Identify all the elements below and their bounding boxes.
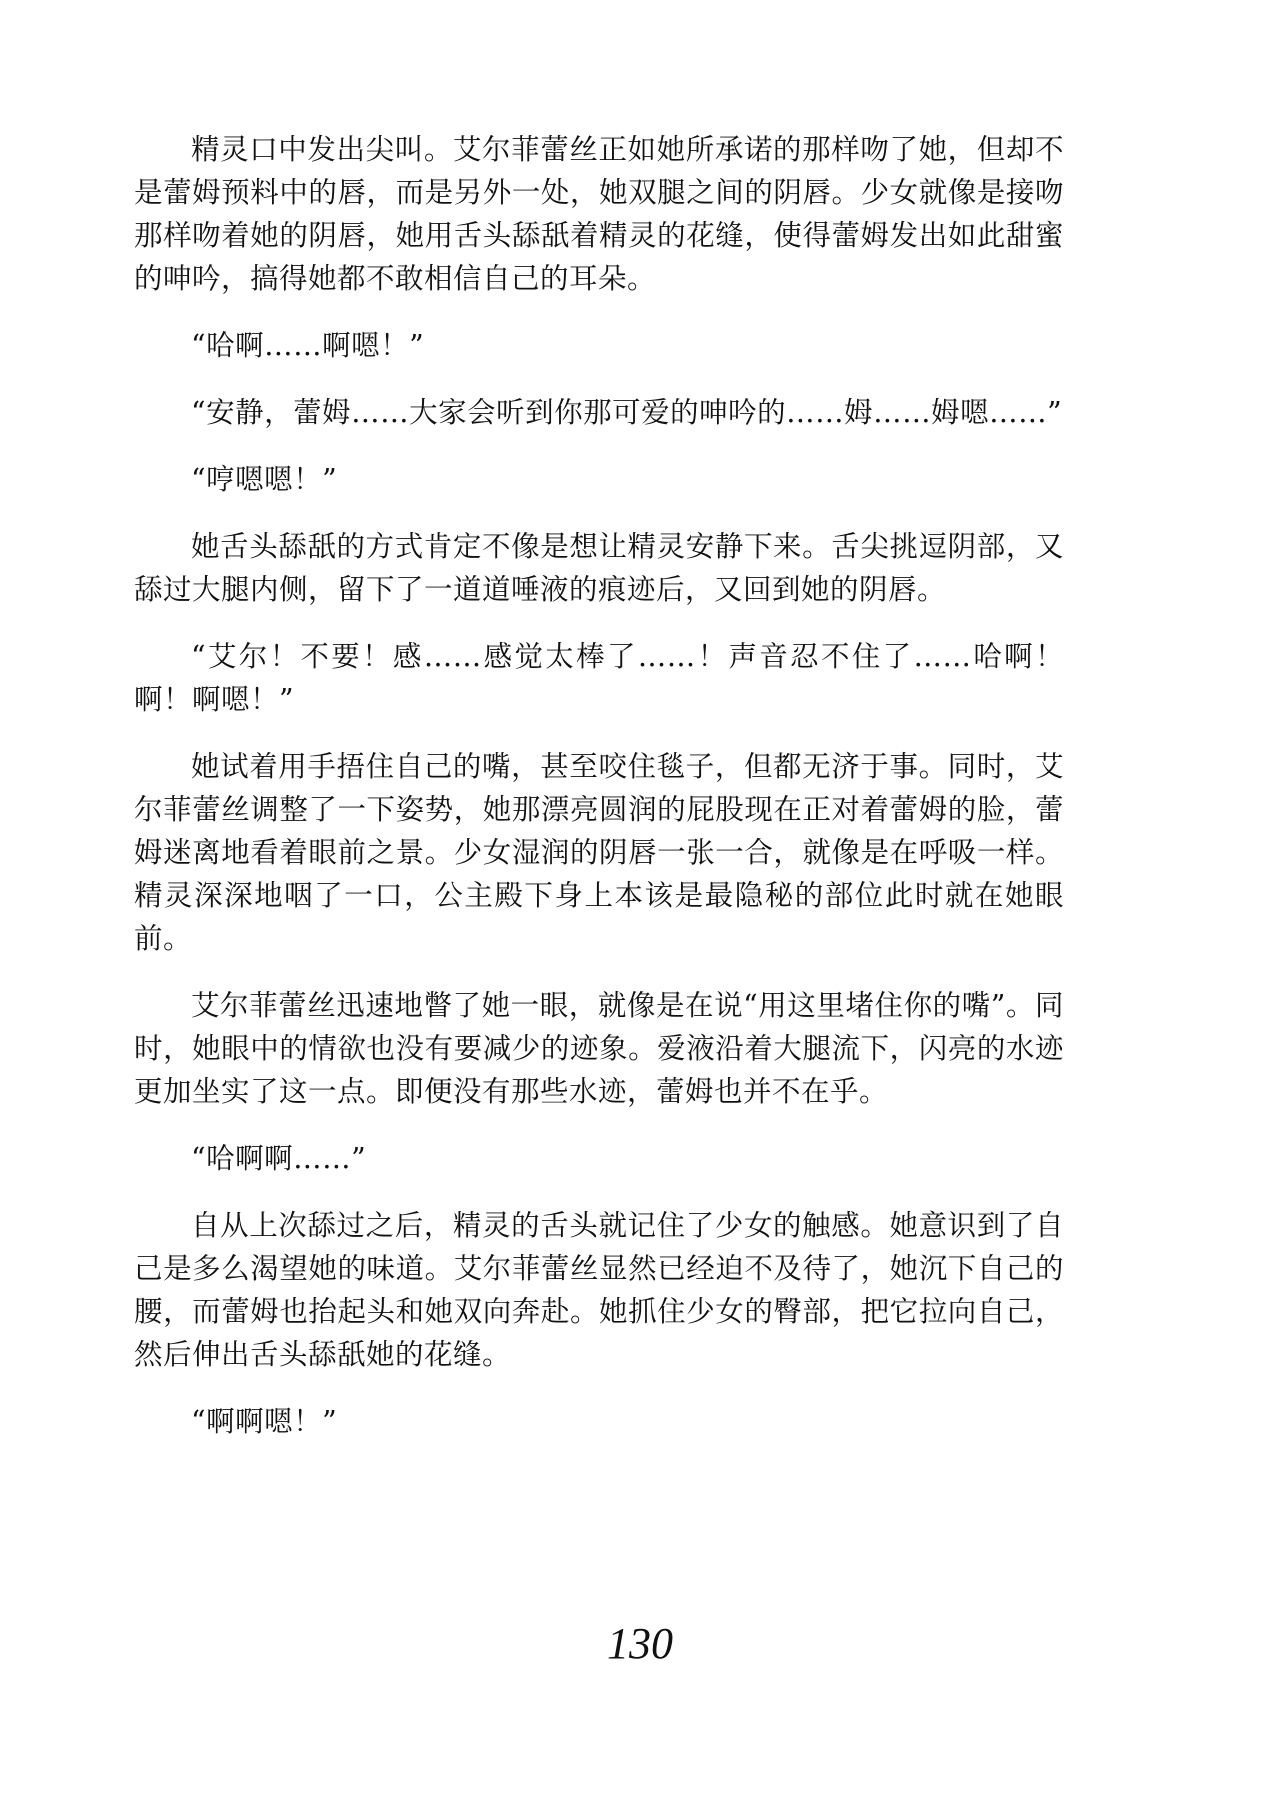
body-text: 精灵口中发出尖叫。艾尔菲蕾丝正如她所承诺的那样吻了她，但却不是蕾姆预料中的唇，而… <box>134 128 1064 1467</box>
paragraph: 她舌头舔舐的方式肯定不像是想让精灵安静下来。舌尖挑逗阴部，又舔过大腿内侧，留下了… <box>134 525 1064 611</box>
paragraph: 她试着用手捂住自己的嘴，甚至咬住毯子，但都无济于事。同时，艾尔菲蕾丝调整了一下姿… <box>134 745 1064 960</box>
paragraph: “安静，蕾姆……大家会听到你那可爱的呻吟的……姆……姆嗯……” <box>134 391 1064 434</box>
page-number: 130 <box>0 1618 1280 1669</box>
paragraph: 精灵口中发出尖叫。艾尔菲蕾丝正如她所承诺的那样吻了她，但却不是蕾姆预料中的唇，而… <box>134 128 1064 300</box>
paragraph: “艾尔！不要！感……感觉太棒了……！声音忍不住了……哈啊！啊！啊嗯！” <box>134 635 1064 721</box>
paragraph: 自从上次舔过之后，精灵的舌头就记住了少女的触感。她意识到了自己是多么渴望她的味道… <box>134 1204 1064 1376</box>
paragraph: “哼嗯嗯！” <box>134 458 1064 501</box>
paragraph: “哈啊……啊嗯！” <box>134 324 1064 367</box>
paragraph: “啊啊嗯！” <box>134 1400 1064 1443</box>
paragraph: 艾尔菲蕾丝迅速地瞥了她一眼，就像是在说“用这里堵住你的嘴”。同时，她眼中的情欲也… <box>134 984 1064 1113</box>
paragraph: “哈啊啊……” <box>134 1137 1064 1180</box>
